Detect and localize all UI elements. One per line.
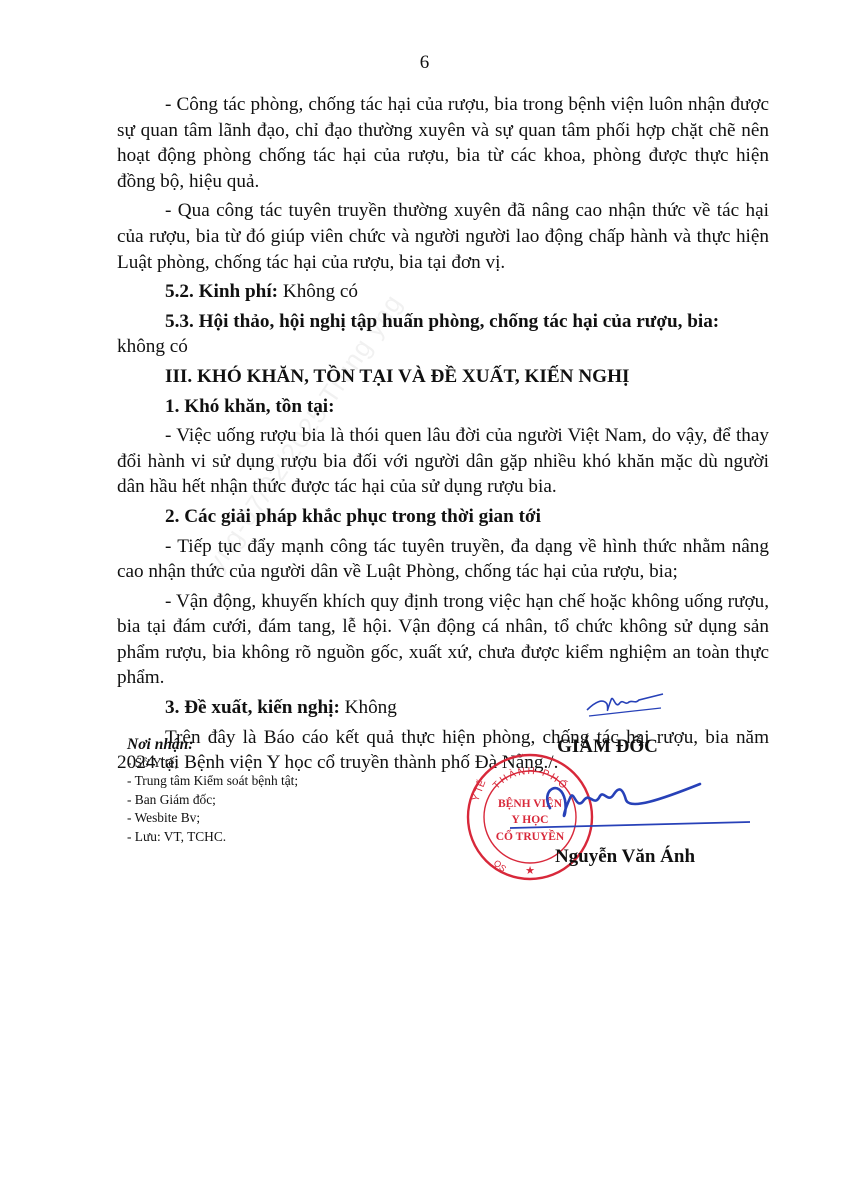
director-signature-icon [510,770,755,840]
subsection-2-title: 2. Các giải pháp khắc phục trong thời gi… [117,504,769,530]
section-label: 5.3. Hội thảo, hội nghị tập huấn phòng, … [165,311,719,332]
recipient-item: - Lưu: VT, TCHC. [127,828,298,846]
recipients-block: Nơi nhận: - Sở Y tế; - Trung tâm Kiểm so… [127,735,298,846]
paragraph: - Việc uống rượu bia là thói quen lâu đờ… [117,423,769,500]
section-value: Không có [278,281,358,302]
paragraph: - Vận động, khuyến khích quy định trong … [117,589,769,691]
subsection-3: 3. Đề xuất, kiến nghị: Không [117,695,769,721]
section-value: Không [340,697,397,718]
section-label: 3. Đề xuất, kiến nghị: [165,697,340,718]
stamp-left-text: Y TẾ [469,778,489,803]
signer-name: Nguyễn Văn Ánh [525,846,725,868]
initials-signature-icon [585,688,665,718]
section-label: 5.2. Kinh phí: [165,281,278,302]
section-5-2: 5.2. Kinh phí: Không có [117,279,769,305]
paragraph: - Công tác phòng, chống tác hại của rượu… [117,92,769,194]
paragraph: - Tiếp tục đẩy mạnh công tác tuyên truyề… [117,534,769,585]
stamp-bottom-text: QS [492,858,508,874]
section-5-3: 5.3. Hội thảo, hội nghị tập huấn phòng, … [117,309,769,335]
section-3-title: III. KHÓ KHĂN, TỒN TẠI VÀ ĐỀ XUẤT, KIẾN … [117,364,769,390]
recipient-item: - Sở Y tế; [127,754,298,772]
paragraph: - Qua công tác tuyên truyền thường xuyên… [117,198,769,275]
recipients-label: Nơi nhận: [127,735,298,754]
section-value: không có [117,334,769,360]
page-number: 6 [0,52,849,74]
recipient-item: - Wesbite Bv; [127,809,298,827]
signer-block: GIÁM ĐỐC Nguyễn Văn Ánh [470,736,800,758]
signer-title: GIÁM ĐỐC [415,736,800,758]
recipient-item: - Trung tâm Kiểm soát bệnh tật; [127,772,298,790]
subsection-1-title: 1. Khó khăn, tồn tại: [117,394,769,420]
recipient-item: - Ban Giám đốc; [127,791,298,809]
document-body: - Công tác phòng, chống tác hại của rượu… [117,92,769,780]
